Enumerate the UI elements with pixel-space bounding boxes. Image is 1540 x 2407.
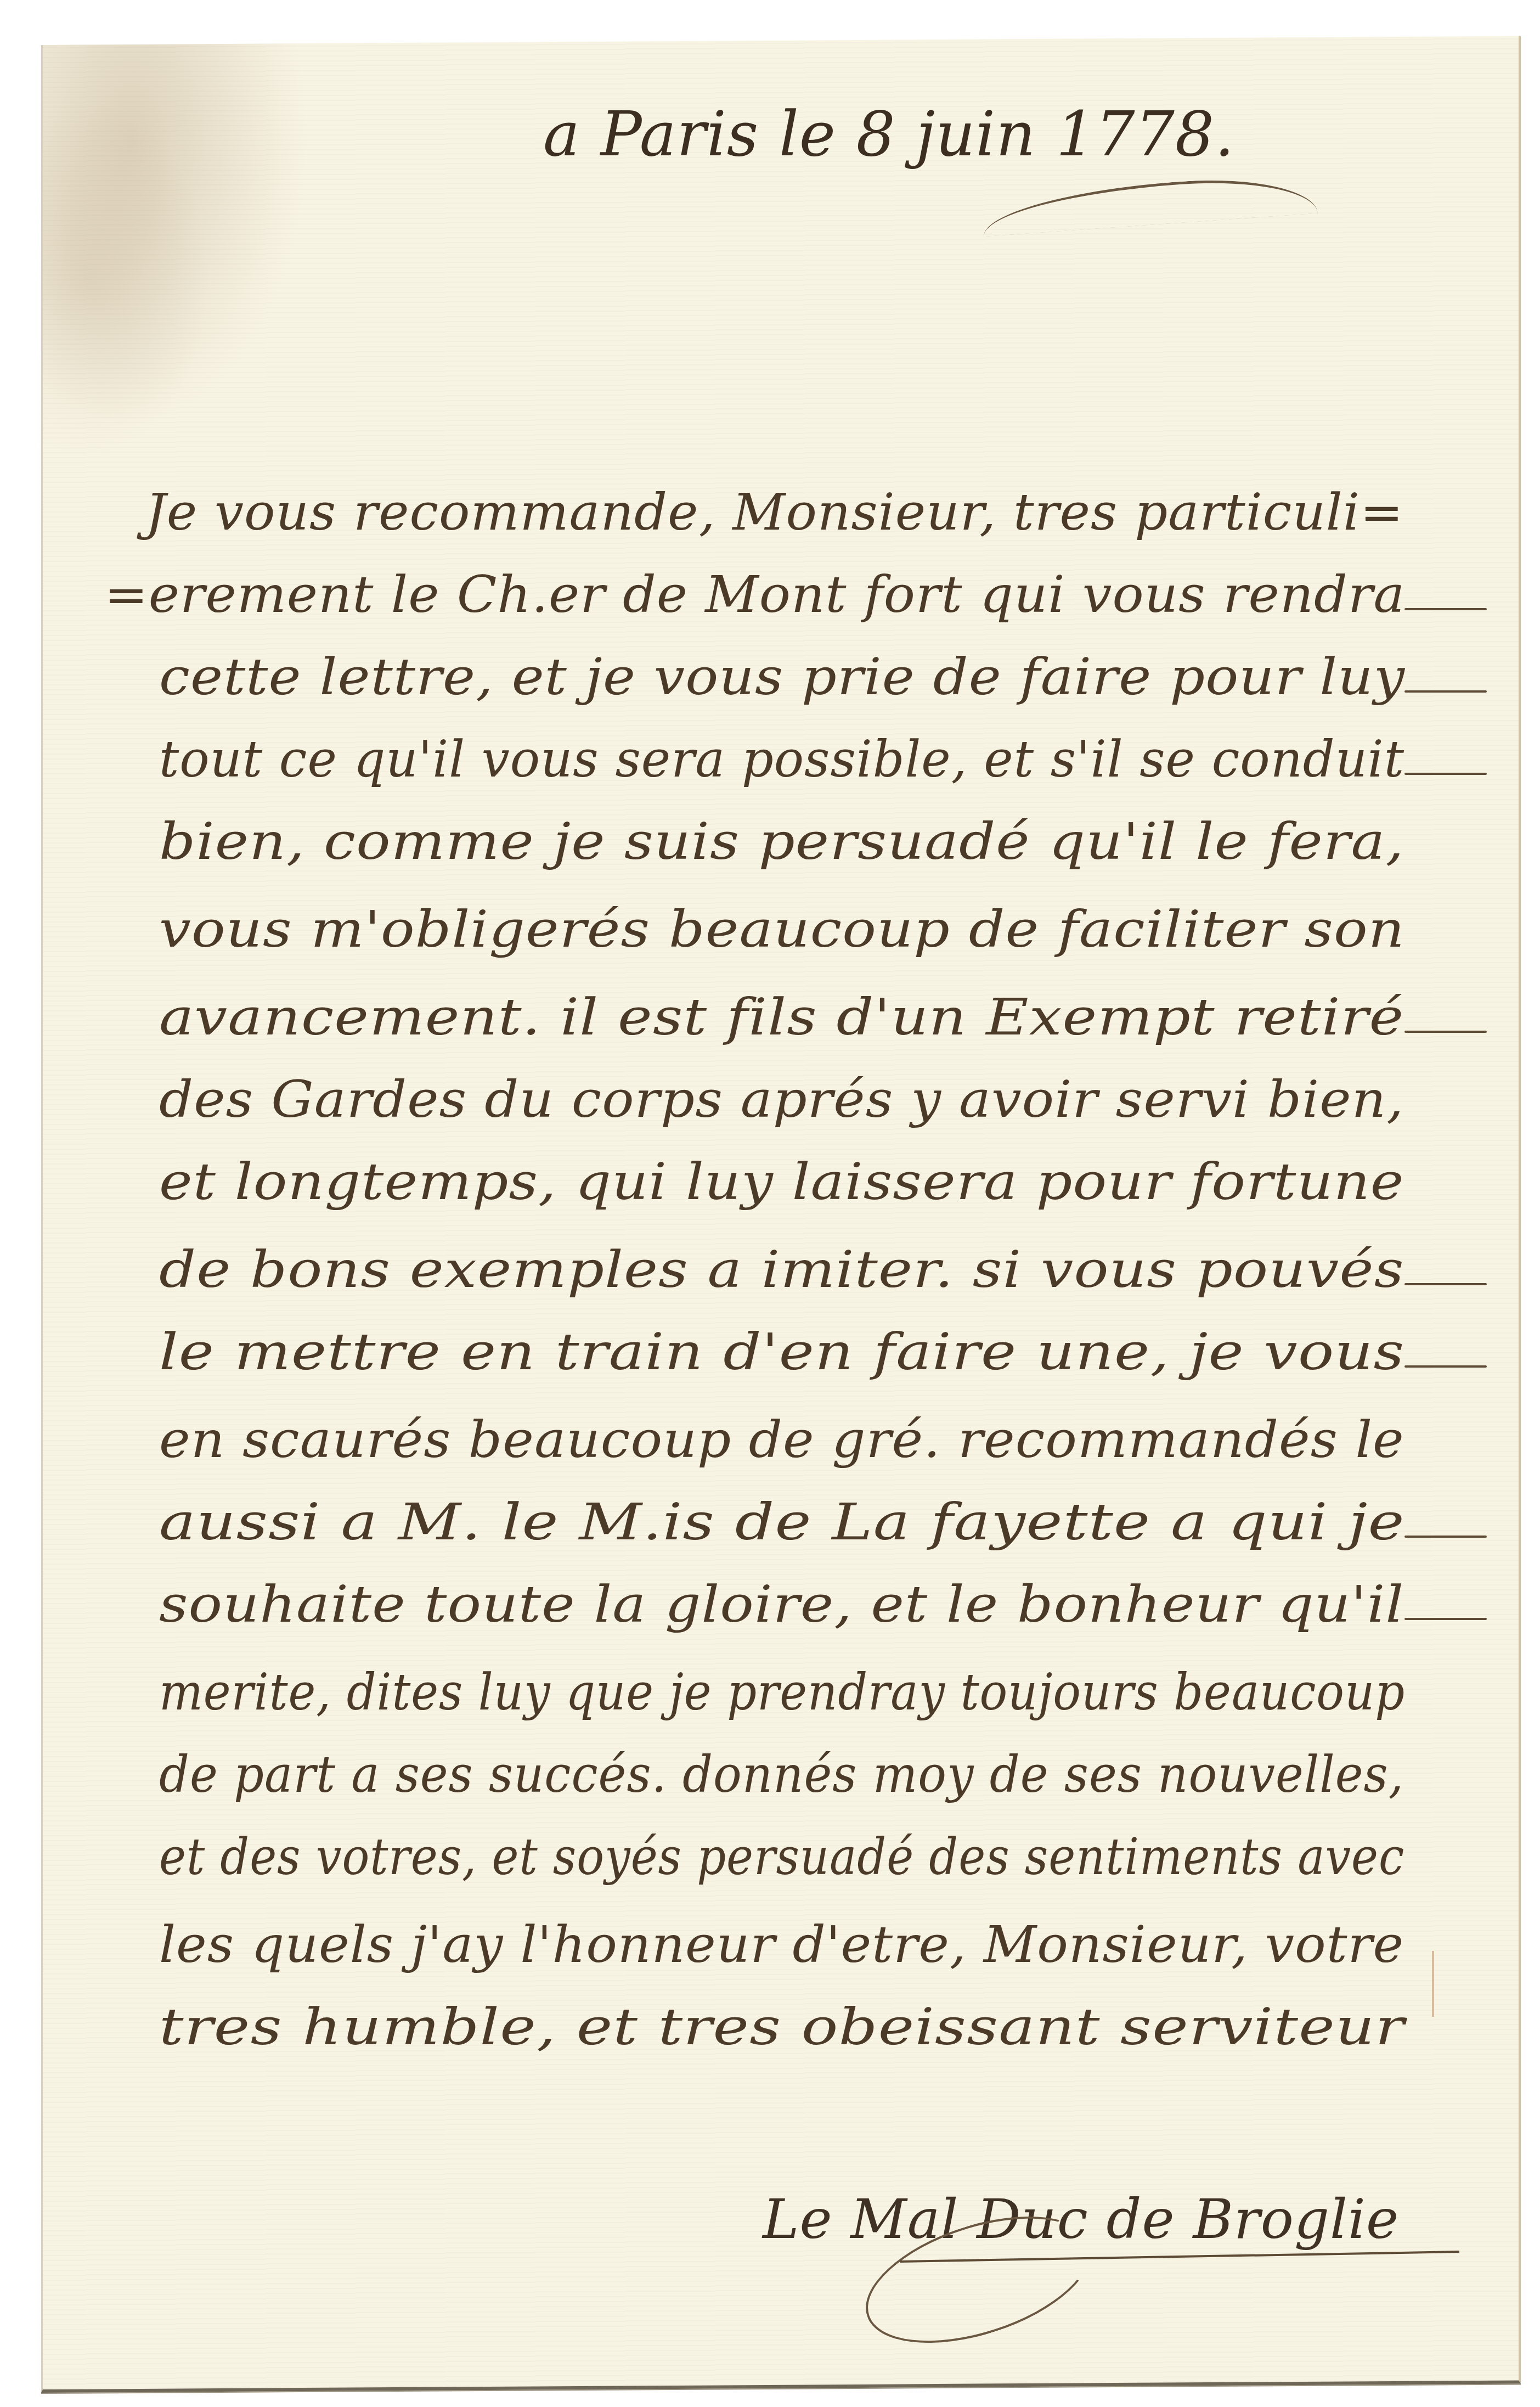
line-filler-dash: [1404, 608, 1487, 610]
line-filler-dash: [1404, 1031, 1487, 1033]
letter-line: avancement. il est fils d'un Exempt reti…: [159, 988, 1404, 1047]
letter-line: =erement le Ch.er de Mont fort qui vous …: [104, 565, 1405, 624]
line-filler-dash: [1404, 690, 1487, 693]
letter-line: vous m'obligerés beaucoup de faciliter s…: [159, 900, 1405, 959]
letter-line: et des votres, et soyés persuadé des sen…: [159, 1827, 1404, 1886]
letter-line: tres humble, et tres obeissant serviteur: [159, 1998, 1405, 2056]
letter-line: cette lettre, et je vous prie de faire p…: [159, 648, 1405, 706]
line-filler-dash: [1404, 1283, 1487, 1285]
letter-line: les quels j'ay l'honneur d'etre, Monsieu…: [159, 1915, 1404, 1974]
letter-line: des Gardes du corps aprés y avoir servi …: [159, 1070, 1404, 1129]
margin-mark: [1432, 1951, 1434, 2017]
letter-line: le mettre en train d'en faire une, je vo…: [159, 1323, 1404, 1381]
line-filler-dash: [1404, 1365, 1487, 1368]
letter-line: Je vous recommande, Monsieur, tres parti…: [145, 483, 1404, 542]
dateline: a Paris le 8 juin 1778.: [543, 99, 1235, 170]
letter-line: de part a ses succés. donnés moy de ses …: [159, 1745, 1404, 1804]
line-filler-dash: [1404, 1536, 1487, 1538]
letter-line: aussi a M. le M.is de La fayette a qui j…: [159, 1493, 1405, 1551]
line-filler-dash: [1404, 1618, 1487, 1620]
letter-line: souhaite toute la gloire, et le bonheur …: [159, 1575, 1404, 1634]
line-filler-dash: [1404, 773, 1487, 775]
letter-line: bien, comme je suis persuadé qu'il le fe…: [159, 812, 1404, 871]
letter-line: en scaurés beaucoup de gré. recommandés …: [159, 1410, 1404, 1469]
letter-line: et longtemps, qui luy laissera pour fort…: [159, 1152, 1404, 1211]
letter-line: tout ce qu'il vous sera possible, et s'i…: [159, 730, 1404, 789]
letter-line: de bons exemples a imiter. si vous pouvé…: [159, 1240, 1404, 1299]
letter-line: merite, dites luy que je prendray toujou…: [159, 1663, 1405, 1722]
